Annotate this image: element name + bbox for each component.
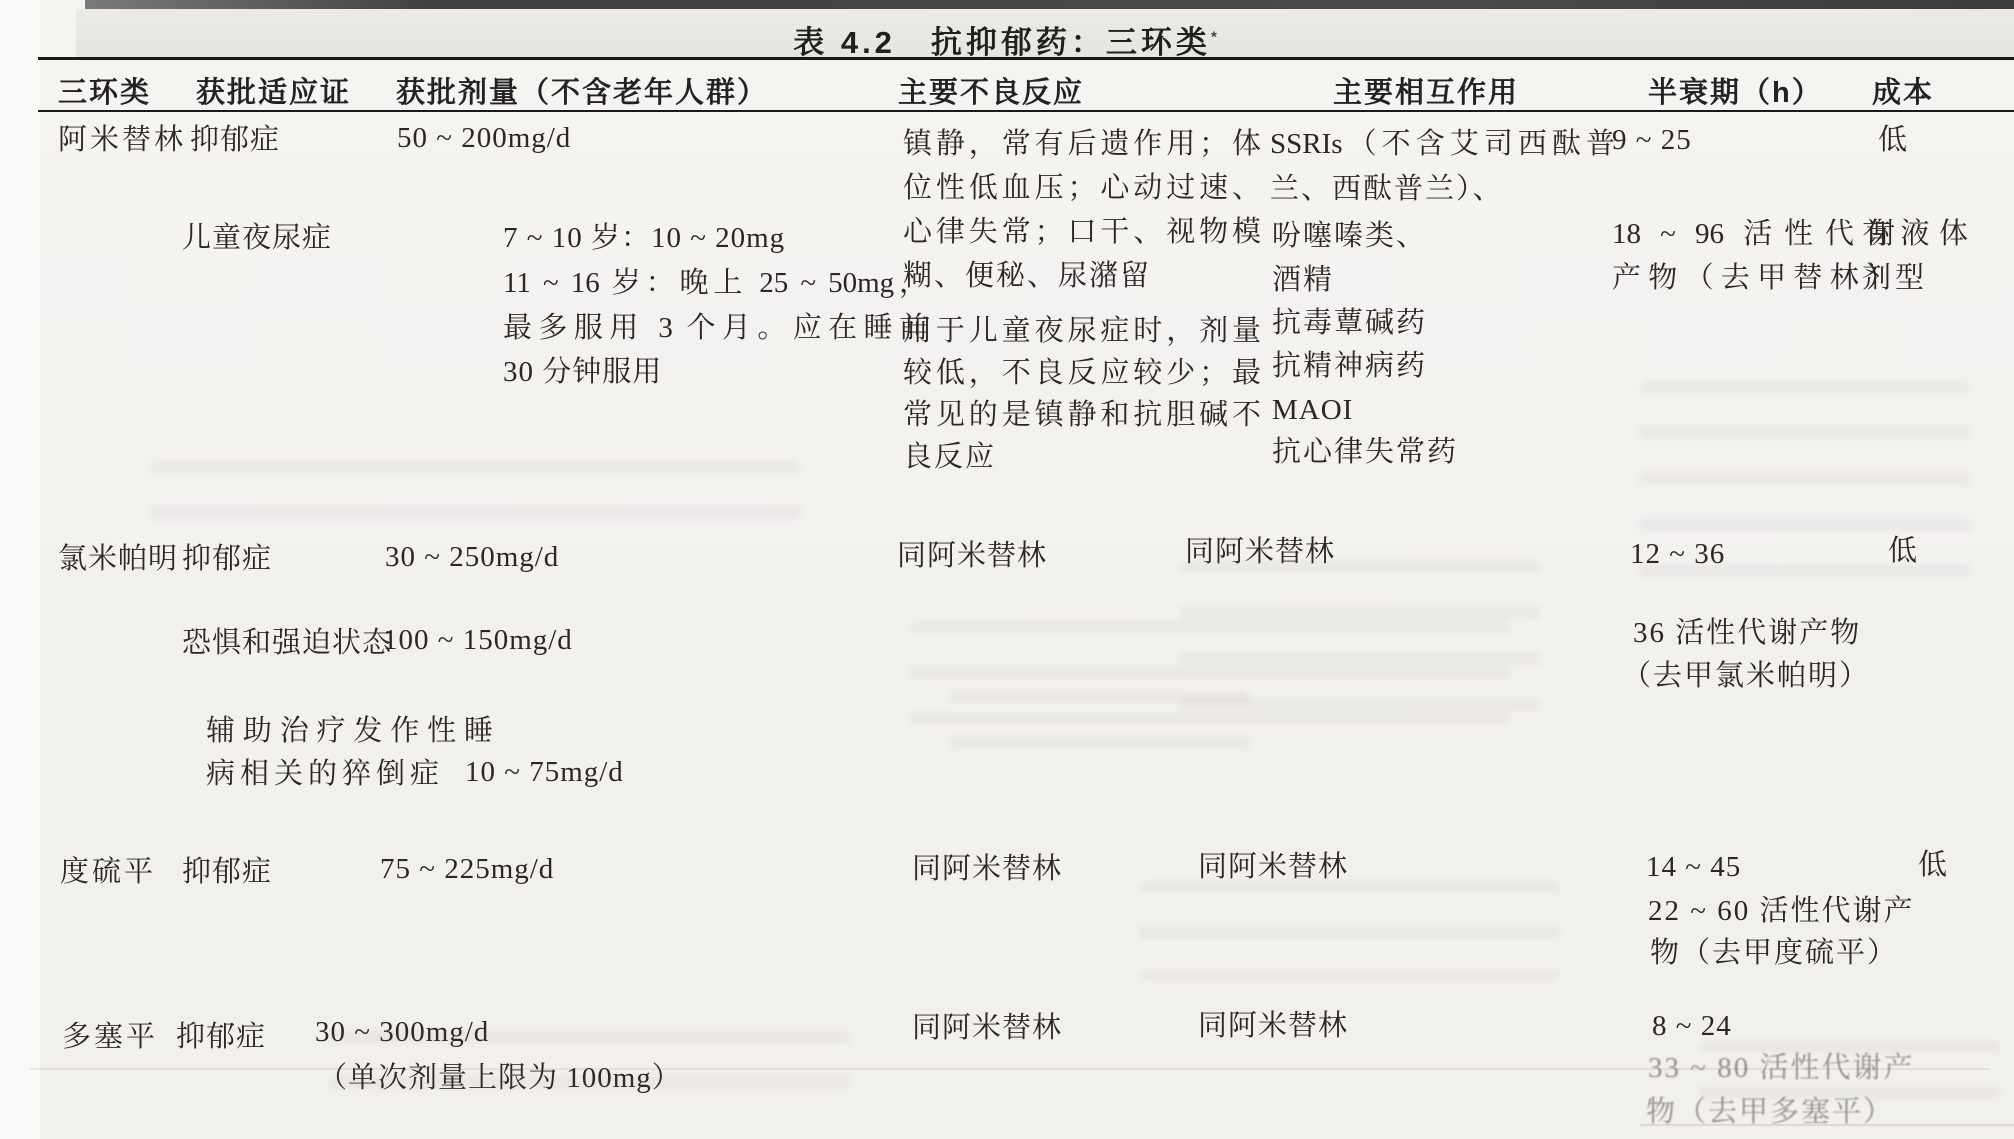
bleedthrough-artifact (1140, 880, 1560, 980)
dose-depression-line: 30 ~ 300mg/d (315, 1014, 489, 1050)
half-life-value: 12 ~ 36 (1630, 536, 1725, 572)
scanline-artifact (1640, 1124, 2014, 1126)
dose-depression: 50 ~ 200mg/d (397, 120, 571, 156)
scanned-book-page: 表 4.2 抗抑郁药：三环类* 三环类 获批适应证 获批剂量（不含老年人群） 主… (0, 0, 2014, 1139)
half-life-metabolite-line: 物（去甲度硫平） (1650, 935, 1898, 971)
cost-value: 低 (1888, 533, 1918, 569)
interactions-same-as: 同阿米替林 (1185, 534, 1335, 570)
header-adverse: 主要不良反应 (898, 70, 1084, 111)
adverse-enuresis-line: 良反应 (903, 439, 996, 475)
adverse-enuresis-line: 用于儿童夜尿症时，剂量 (903, 313, 1261, 349)
bleedthrough-artifact (910, 620, 1510, 740)
dose-depression: 30 ~ 250mg/d (385, 539, 559, 575)
table-title-text: 表 4.2 抗抑郁药：三环类 (793, 25, 1211, 60)
indication-cataplexy-line: 病相关的猝倒症 (206, 756, 444, 792)
adverse-same-as: 同阿米替林 (912, 851, 1062, 887)
adverse-line: 位性低血压；心动过速、 (903, 170, 1261, 206)
interactions-same-as: 同阿米替林 (1198, 1008, 1348, 1044)
header-half-life: 半衰期（h） (1648, 70, 1823, 111)
interaction-line: SSRIs（不含艾司西酞普 (1270, 126, 1615, 162)
half-life-metabolite-line: （去甲氯米帕明） (1622, 658, 1870, 694)
cost-value: 低 (1918, 847, 1948, 883)
indication-depression: 抑郁症 (182, 854, 272, 890)
interactions-same-as: 同阿米替林 (1198, 849, 1348, 885)
interaction-class-item: MAOI (1272, 392, 1353, 428)
table-title: 表 4.2 抗抑郁药：三环类* (793, 17, 1221, 62)
adverse-line: 糊、便秘、尿潴留 (903, 258, 1151, 294)
adverse-same-as: 同阿米替林 (897, 538, 1047, 574)
adverse-line: 镇静，常有后遗作用；体 (903, 126, 1261, 162)
indication-depression: 抑郁症 (176, 1019, 266, 1055)
adverse-enuresis-line: 较低，不良反应较少；最 (903, 355, 1261, 391)
bleedthrough-artifact (1640, 380, 1970, 610)
half-life-metabolite-line: 36 活性代谢产物 (1633, 615, 1861, 651)
half-life-value: 14 ~ 45 (1646, 849, 1741, 885)
dose-enuresis-line: 11 ~ 16 岁：晚上 25 ~ 50mg， (503, 265, 928, 301)
half-life-metabolite-line: 22 ~ 60 活性代谢产 (1648, 893, 1914, 929)
dose-depression: 75 ~ 225mg/d (380, 851, 554, 887)
dose-enuresis-line: 最多服用 3 个月。应在睡前 (503, 310, 928, 346)
half-life-value: 9 ~ 25 (1612, 122, 1692, 158)
indication-depression: 抑郁症 (190, 122, 280, 158)
cost-value: 低 (1878, 122, 1908, 158)
dose-enuresis-line: 7 ~ 10 岁：10 ~ 20mg (503, 220, 785, 256)
formulation-note-line: 有液体 (1862, 216, 1968, 252)
indication-phobia: 恐惧和强迫状态 (182, 625, 392, 661)
header-dose: 获批剂量（不含老年人群） (396, 70, 768, 111)
interaction-class-item: 抗心律失常药 (1272, 434, 1458, 470)
table-title-footnote-marker: * (1211, 29, 1221, 46)
dose-cataplexy: 10 ~ 75mg/d (465, 754, 624, 790)
page-left-margin (0, 0, 40, 1139)
indication-cataplexy-line: 辅助治疗发作性睡 (206, 713, 493, 749)
bleedthrough-artifact (150, 460, 800, 540)
interaction-class-item: 抗毒蕈碱药 (1272, 305, 1427, 341)
drug-name-clomipramine: 氯米帕明 (58, 541, 178, 577)
bleedthrough-artifact (950, 690, 1250, 780)
adverse-same-as: 同阿米替林 (912, 1010, 1062, 1046)
drug-name-dosulepin: 度硫平 (60, 854, 156, 890)
header-interactions: 主要相互作用 (1333, 70, 1519, 111)
indication-depression: 抑郁症 (182, 541, 272, 577)
bleedthrough-artifact (1180, 560, 1540, 730)
header-drug-class: 三环类 (58, 70, 151, 111)
half-life-value: 8 ~ 24 (1652, 1008, 1732, 1044)
top-table-rule (38, 57, 2014, 60)
scan-edge-strip (85, 0, 2014, 9)
indication-enuresis: 儿童夜尿症 (182, 220, 332, 256)
header-indication: 获批适应证 (196, 70, 351, 111)
formulation-note-line: 剂型 (1862, 260, 1928, 296)
half-life-metabolite-line: 产物（去甲替林） (1612, 260, 1895, 296)
interaction-line: 兰、西酞普兰）、 (1270, 171, 1504, 207)
header-cost: 成本 (1872, 70, 1934, 111)
interaction-line: 吩噻嗪类、 (1272, 218, 1427, 254)
scanline-artifact (30, 1068, 1990, 1070)
dose-phobia: 100 ~ 150mg/d (383, 622, 573, 658)
dose-depression-line: （单次剂量上限为 100mg） (318, 1060, 682, 1096)
half-life-metabolite-line: 18 ~ 96 活性代谢 (1612, 216, 1895, 252)
interaction-line: 酒精 (1272, 262, 1334, 298)
adverse-enuresis-line: 常见的是镇静和抗胆碱不 (903, 397, 1261, 433)
drug-name-amitriptyline: 阿米替林 (58, 122, 186, 158)
adverse-line: 心律失常；口干、视物模 (903, 214, 1261, 250)
drug-name-doxepin: 多塞平 (62, 1019, 158, 1055)
interaction-class-item: 抗精神病药 (1272, 348, 1427, 384)
dose-enuresis-line: 30 分钟服用 (503, 354, 662, 390)
